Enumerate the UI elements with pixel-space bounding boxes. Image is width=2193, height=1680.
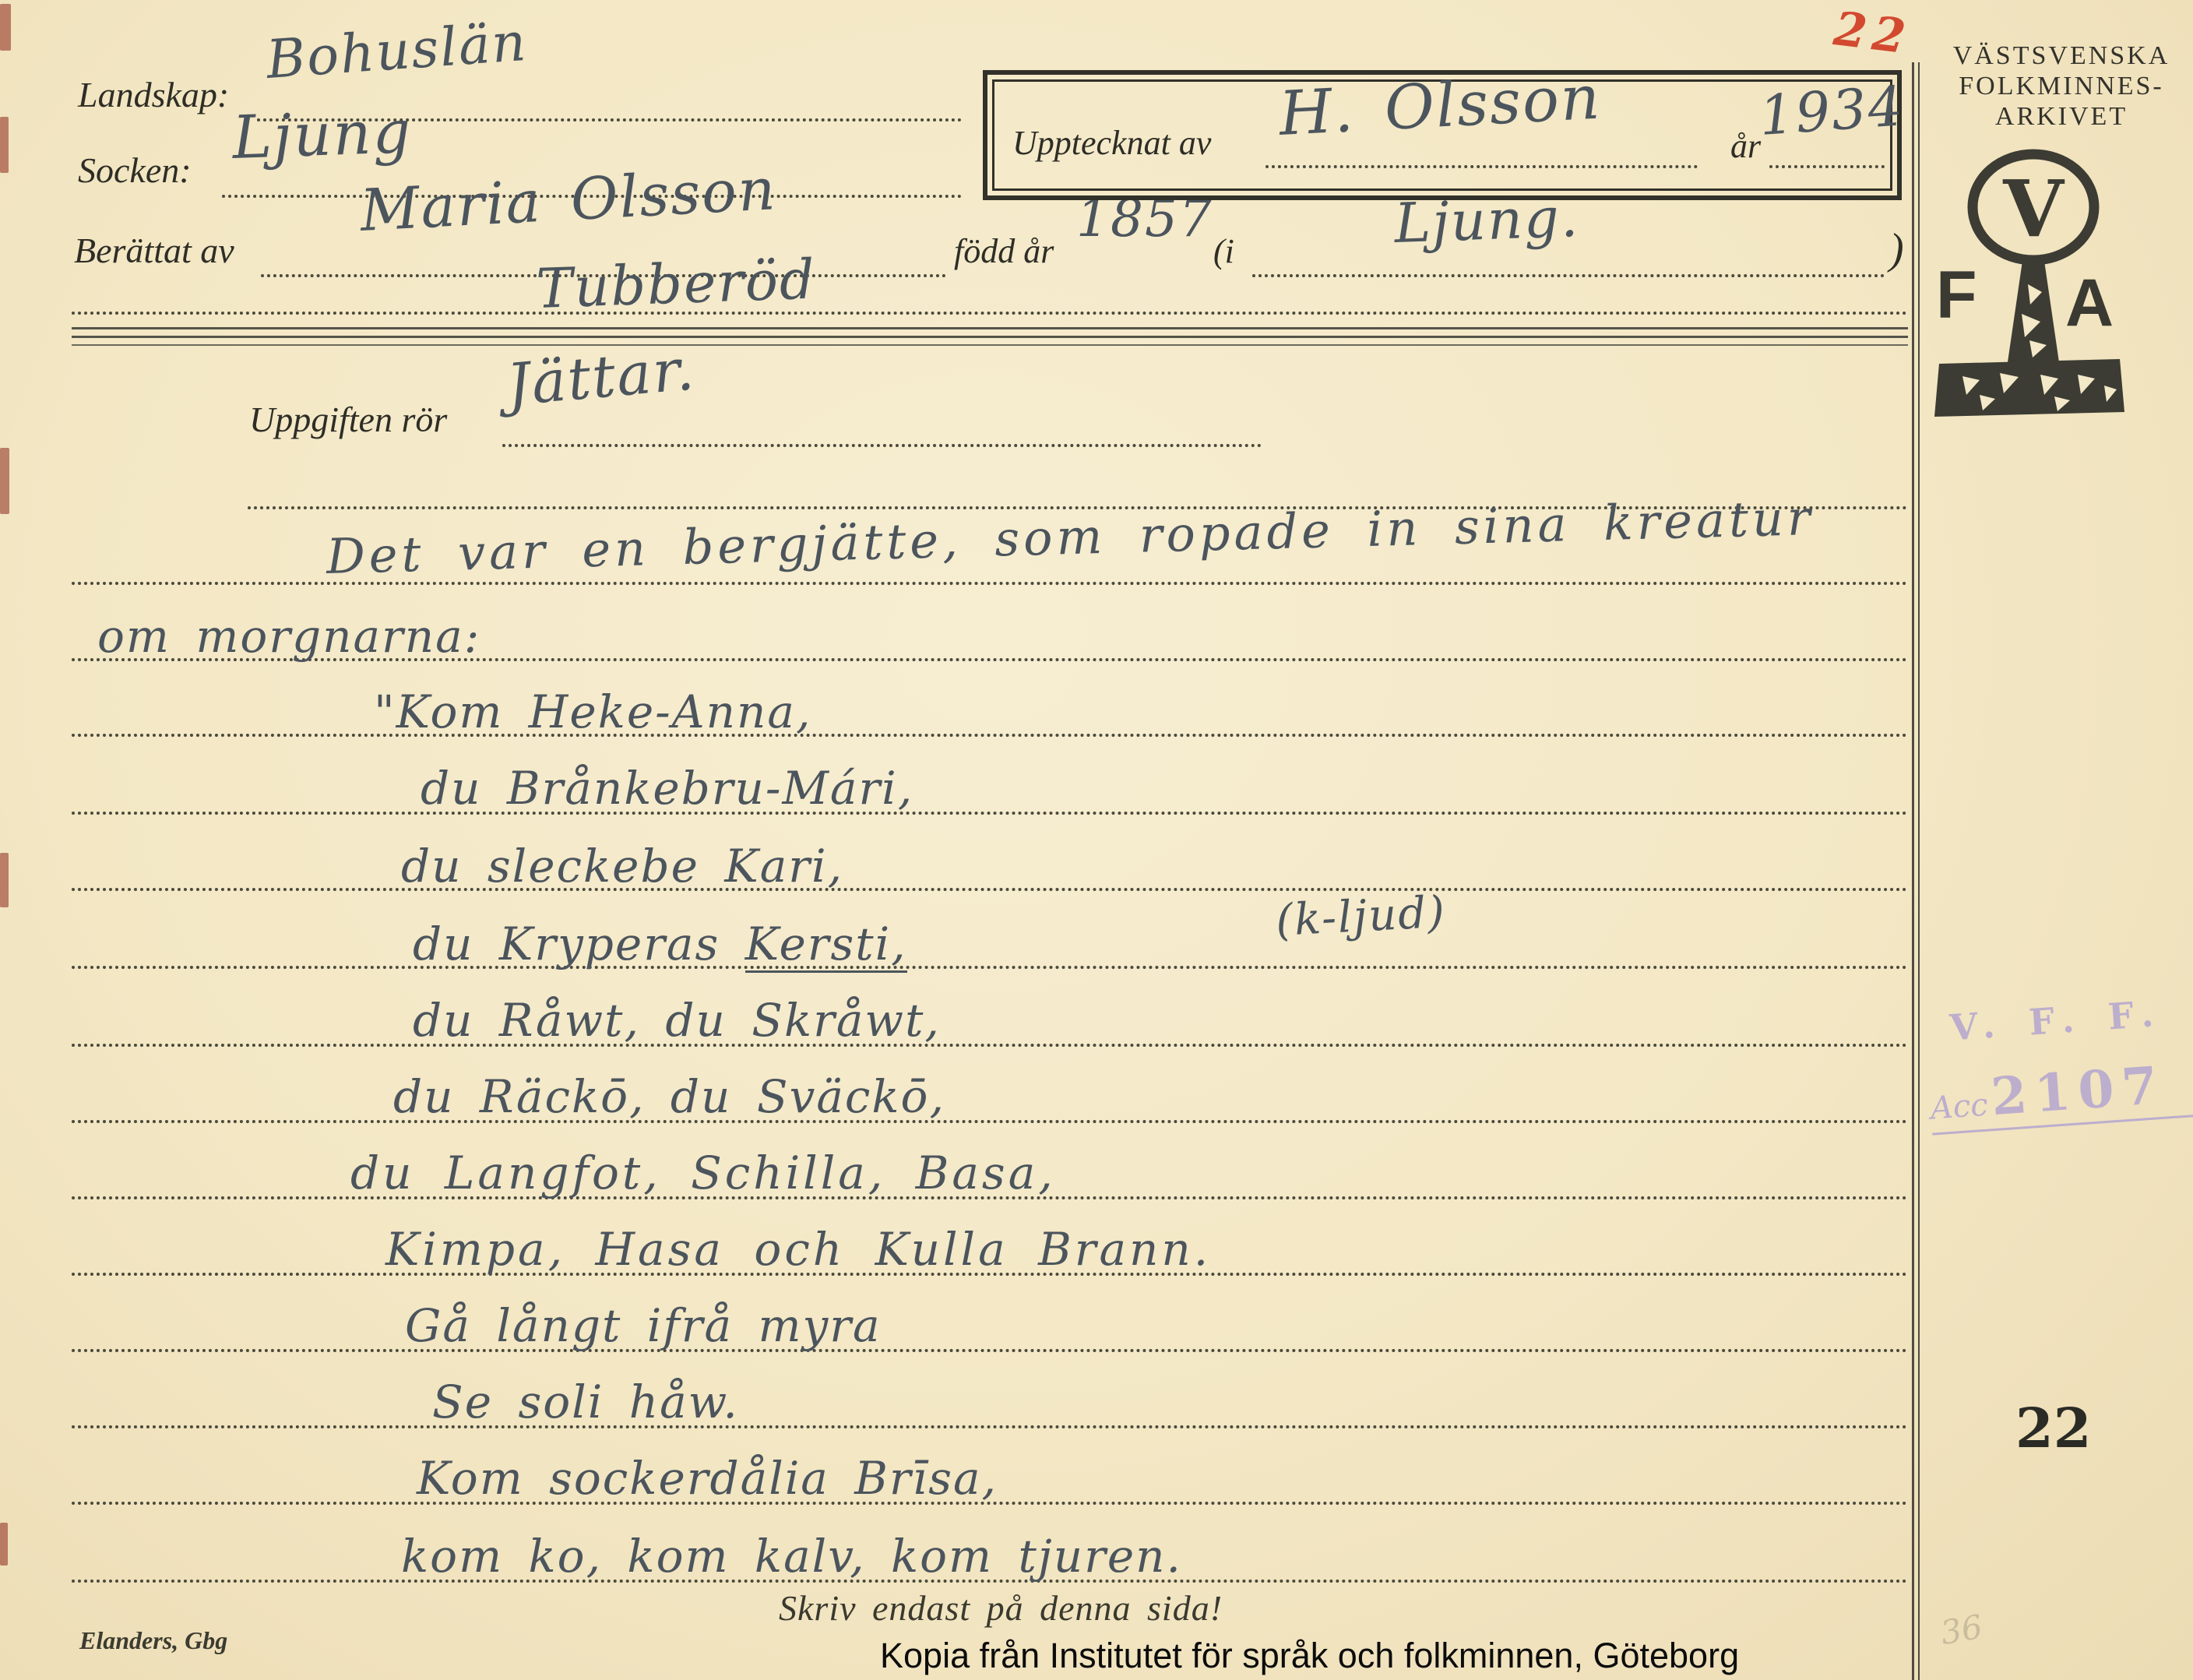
subject-dotted-line (502, 444, 1262, 447)
verse-line: du Kryperas Kersti, (413, 917, 907, 970)
fodd-label: född år (954, 231, 1054, 271)
record-box-label: Upptecknat av (1012, 123, 1211, 163)
header-bottom-dotted-line (72, 312, 1908, 315)
verse-line: Gå långt ifrå myra (405, 1299, 882, 1352)
verse-line: du Langfot, Schilla, Basa, (350, 1146, 1056, 1199)
pronunciation-annotation: (k-ljud) (1275, 887, 1448, 946)
archive-name: VÄSTSVENSKA FOLKMINNES- ARKIVET (1930, 41, 2193, 132)
printer-mark: Elanders, Gbg (79, 1626, 227, 1655)
write-only-instruction: Skriv endast på denna sida! (779, 1587, 1223, 1629)
accession-stamp: V. F. F. Acc 2107 (1924, 990, 2193, 1135)
berattat-label: Berättat av (74, 230, 234, 271)
record-year-dotted-line (1769, 165, 1885, 168)
record-year-value: 1934 (1757, 74, 1906, 148)
ruled-line (72, 1425, 1908, 1428)
verse-line-prefix: du Kryperas (413, 917, 745, 970)
verse-line: du sleckebe Kari, (401, 840, 843, 893)
binding-mark (0, 117, 9, 173)
red-folio-note: 22 (1831, 2, 1914, 65)
archive-name-line3: ARKIVET (1930, 101, 2193, 132)
fodd-place-dotted-line (1252, 274, 1885, 277)
berattat-value: Maria Olsson (358, 156, 778, 245)
copy-attribution-note: Kopia från Institutet för språk och folk… (880, 1636, 1739, 1676)
binding-mark (0, 4, 11, 51)
story-line: om morgnarna: (97, 610, 480, 663)
story-line: Det var en bergjätte, som ropade in sina… (326, 489, 1815, 585)
logo-letter-a: A (2065, 265, 2114, 342)
archive-name-line1: VÄSTSVENSKA (1930, 41, 2193, 71)
svg-text:V: V (2002, 163, 2065, 255)
verse-line: du Råwt, du Skråwt, (413, 994, 941, 1047)
stamp-initials: V. F. F. (1924, 990, 2191, 1051)
ruled-line (72, 812, 1908, 815)
ruled-line (72, 1349, 1908, 1352)
ruled-line (72, 1044, 1908, 1047)
archive-name-line2: FOLKMINNES- (1930, 71, 2193, 101)
verse-line: Se soli håw. (432, 1375, 739, 1428)
binding-mark (0, 853, 9, 907)
binding-mark (0, 1523, 8, 1566)
verse-line: "Kom Heke-Anna, (374, 685, 811, 738)
verse-line: Kimpa, Hasa och Kulla Brann. (385, 1223, 1211, 1276)
verse-line: du Brånkebru-Mári, (421, 762, 913, 815)
stamp-acc-label: Acc (1929, 1087, 1989, 1127)
header-double-rule (72, 327, 1908, 338)
page-number-stamp: 22 (2015, 1396, 2091, 1460)
binding-mark (0, 448, 9, 514)
socken-value: Ljung (231, 97, 414, 172)
berattat-place: Tubberöd (535, 248, 817, 321)
fodd-paren-open: (i (1213, 231, 1234, 271)
record-year-label: år (1730, 126, 1761, 166)
archive-card: Landskap: Bohuslän Socken: Ljung Berätta… (0, 0, 2193, 1680)
ruled-line (72, 966, 1908, 969)
verse-line-name: Kersti, (745, 917, 907, 973)
landskap-value: Bohuslän (264, 12, 529, 91)
ruled-line (72, 888, 1908, 891)
verse-line: du Räckō, du Sväckō, (393, 1070, 945, 1123)
subject-label: Uppgiften rör (249, 399, 447, 440)
subject-value: Jättar. (505, 336, 699, 419)
margin-double-rule (1912, 62, 1920, 1680)
socken-label: Socken: (78, 150, 192, 191)
ruled-line (72, 1120, 1908, 1123)
landskap-label: Landskap: (78, 74, 229, 115)
pencil-note: 36 (1938, 1608, 1985, 1653)
recorder-dotted-line (1265, 165, 1698, 168)
verse-line: Kom sockerdålia Brīsa, (417, 1452, 998, 1505)
verse-line: kom ko, kom kalv, kom tjuren. (401, 1530, 1182, 1583)
header-thin-rule (72, 344, 1908, 346)
stamp-acc-number: 2107 (1989, 1055, 2167, 1127)
ruled-line (72, 734, 1908, 737)
logo-letter-f: F (1936, 257, 1977, 334)
fodd-paren-close: ) (1889, 224, 1904, 274)
